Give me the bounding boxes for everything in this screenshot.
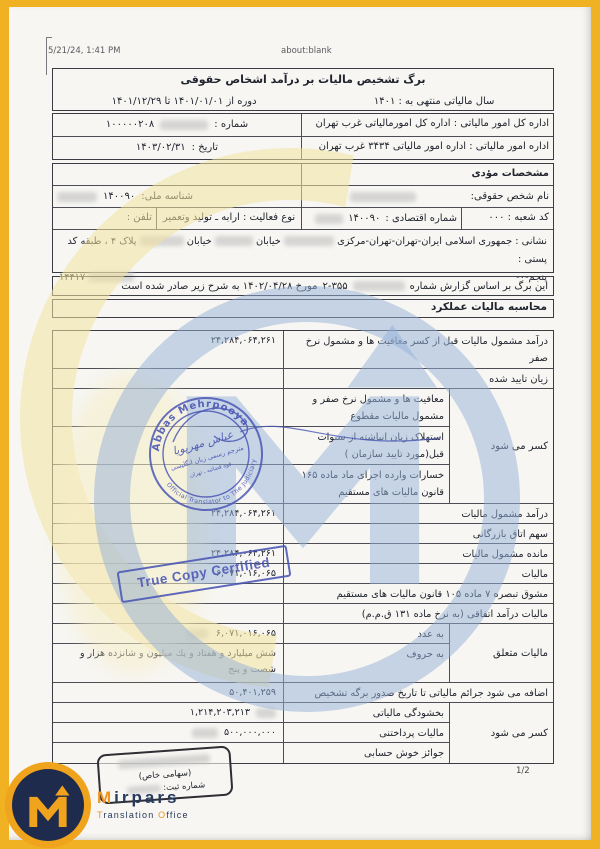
- redaction: [192, 728, 218, 738]
- basis-row: این برگ بر اساس گزارش شماره ۲-۳۵۵ مورخ ۱…: [52, 276, 554, 296]
- row-label: مالیات پرداختنی: [283, 723, 449, 742]
- redaction: [140, 236, 184, 246]
- redaction: [186, 629, 208, 639]
- group-title: کسر می شود: [449, 389, 553, 503]
- basis-report-number: ۲-۳۵۵: [323, 281, 348, 292]
- table-row: ۲۴,۲۸۴,۰۶۴,۲۶۱ درآمد مشمول مالیات: [53, 504, 553, 524]
- row-label: مالیات درآمد اتفاقی (به نرخ ماده ۱۳۱ ق.م…: [283, 604, 553, 623]
- row-value: ۲۴,۲۸۴,۰۶۴,۲۶۱: [53, 331, 283, 368]
- address-text: نشانی : جمهوری اسلامی ایران-تهران-تهران-…: [337, 236, 547, 247]
- mirpars-brand-text: Mirpars Translation Office: [97, 788, 189, 820]
- row-label: به حروف: [283, 644, 449, 682]
- table-row: ۵۰۰,۰۰۰,۰۰۰ مالیات پرداختنی: [53, 723, 449, 743]
- brand-rest: irpars: [114, 788, 179, 807]
- basis-suffix: مورخ ۱۴۰۲/۰۴/۲۸ به شرح زیر صادر شده است: [121, 281, 317, 292]
- row-label: مشوق تبصره ۷ ماده ۱۰۵ قانون مالیات های م…: [283, 584, 553, 603]
- office-local: اداره امور مالیاتی : اداره امور مالیاتی …: [301, 137, 553, 160]
- national-id-cell: شناسه ملی: ۱۴۰۰۹۰: [53, 186, 301, 207]
- row-value: [53, 604, 283, 623]
- page-number: 1/2: [516, 766, 530, 776]
- row-label: زیان تایید شده: [283, 369, 553, 388]
- tax-due-group: ۶,۰۷۱,۰۱۶,۰۶۵ به عدد شش میلیارد و هفتاد …: [53, 624, 553, 683]
- group-title: مالیات متعلق: [449, 624, 553, 682]
- row-value: ۵۰,۴۰۱,۲۵۹: [53, 683, 283, 702]
- serial-label: شماره :: [214, 117, 248, 133]
- row-value: ۵۰۰,۰۰۰,۰۰۰: [53, 723, 283, 742]
- taxpayer-box: مشخصات مؤدی شناسه ملی: ۱۴۰۰۹۰ نام شخص حق…: [52, 163, 554, 273]
- mirpars-m-icon: [25, 784, 71, 827]
- row-label: بخشودگی مالیاتی: [283, 703, 449, 722]
- table-row: سهم اتاق بازرگانی: [53, 524, 553, 544]
- document-title: برگ تشخیص مالیات بر درآمد اشخاص حقوقی: [53, 69, 553, 94]
- address-street: خیابان: [187, 236, 212, 247]
- table-row: ۲۴,۲۸۴,۰۶۴,۲۶۱ درآمد مشمول مالیات قبل از…: [53, 331, 553, 369]
- row-label: اضافه می شود جرائم مالیاتی تا تاریخ صدور…: [283, 683, 553, 702]
- redaction: [160, 120, 208, 130]
- redaction: [350, 192, 416, 202]
- national-id-value: ۱۴۰۰۹۰: [103, 189, 135, 205]
- row-label: مالیات: [283, 564, 553, 583]
- mirpars-logo-inner: [12, 769, 84, 841]
- tax-period: دوره از ۱۴۰۱/۰۱/۰۱ تا ۱۴۰۱/۱۲/۲۹: [112, 96, 257, 107]
- title-box: برگ تشخیص مالیات بر درآمد اشخاص حقوقی سا…: [52, 68, 554, 111]
- calc-section-header: محاسبه مالیات عملکرد: [52, 299, 554, 318]
- table-row: ۲۴,۲۸۴,۰۶۴,۲۶۱ مانده مشمول مالیات: [53, 544, 553, 564]
- activity-cell: نوع فعالیت : ارابه ـ تولید وتعمیر: [156, 208, 301, 229]
- economic-code-label: شماره اقتصادی :: [385, 211, 457, 227]
- row-value: ۱,۲۱۴,۲۰۳,۲۱۳: [53, 703, 283, 722]
- tag-word: ffice: [166, 810, 188, 820]
- table-row: مالیات درآمد اتفاقی (به نرخ ماده ۱۳۱ ق.م…: [53, 604, 553, 624]
- row-value: ۶,۰۷۱,۰۱۶,۰۶۵: [53, 624, 283, 643]
- row-label: جوائز خوش حسابی: [283, 743, 449, 763]
- economic-code-cell: شماره اقتصادی : ۱۴۰۰۹۰: [301, 208, 461, 229]
- scanned-tax-document-page: 5/21/24, 1:41 PM about:blank برگ تشخیص م…: [0, 0, 600, 849]
- redaction: [215, 236, 253, 246]
- table-row: زیان تایید شده: [53, 369, 553, 389]
- date-value: ۱۴۰۳/۰۲/۳۱: [136, 140, 186, 156]
- serial-cell: شماره : ۱۰۰۰۰۰۲۰۸: [53, 114, 301, 136]
- scan-artifact-mark: [46, 37, 47, 75]
- serial-number: ۱۰۰۰۰۰۲۰۸: [106, 117, 154, 133]
- address-plate: پلاک ۴ ، طبقه: [80, 236, 136, 247]
- economic-code-value: ۱۴۰۰۹۰: [348, 211, 380, 227]
- table-row: ۱,۲۱۴,۲۰۳,۲۱۳ بخشودگی مالیاتی: [53, 703, 449, 723]
- print-timestamp: 5/21/24, 1:41 PM: [48, 46, 120, 56]
- penalty-row: ۵۰,۴۰۱,۲۵۹ اضافه می شود جرائم مالیاتی تا…: [53, 683, 553, 703]
- table-row: ۶,۰۷۱,۰۱۶,۰۶۵ به عدد: [53, 624, 449, 644]
- row-label: درآمد مشمول مالیات: [283, 504, 553, 523]
- print-source: about:blank: [281, 46, 332, 56]
- empty-cell: [53, 164, 301, 185]
- row-label: به عدد: [283, 624, 449, 643]
- tax-year: سال مالیاتی منتهی به : ۱۴۰۱: [374, 96, 495, 107]
- date-label: تاریخ :: [192, 140, 218, 156]
- legal-name-cell: نام شخص حقوقی:: [301, 186, 553, 207]
- branch-code-cell: کد شعبه : ۰۰۰: [461, 208, 553, 229]
- redaction: [315, 214, 343, 224]
- row-label: مانده مشمول مالیات: [283, 544, 553, 563]
- table-row: شش میلیارد و هفتاد و یك میلیون و شانزده …: [53, 644, 449, 682]
- row-label: سهم اتاق بازرگانی: [283, 524, 553, 543]
- national-id-label: شناسه ملی:: [141, 189, 193, 205]
- row-value-words: شش میلیارد و هفتاد و یك میلیون و شانزده …: [53, 644, 283, 682]
- mirpars-logo: [5, 762, 91, 848]
- office-general: اداره کل امور مالیاتی : اداره کل امورمال…: [301, 114, 553, 136]
- signature: [158, 390, 448, 470]
- brand-initial: M: [97, 788, 114, 807]
- group-title: کسر می شود: [449, 703, 553, 763]
- date-cell: تاریخ : ۱۴۰۳/۰۲/۳۱: [53, 137, 301, 160]
- tag-word: ranslation: [103, 810, 154, 820]
- basis-prefix: این برگ بر اساس گزارش شماره: [410, 281, 548, 292]
- row-label: خسارات وارده اجرای ماد ماده ۱۶۵ قانون ما…: [283, 465, 449, 503]
- address-street: خیابان: [256, 236, 281, 247]
- redaction: [353, 281, 405, 291]
- redaction: [57, 192, 97, 202]
- redaction: [256, 708, 276, 718]
- taxpayer-section-title: مشخصات مؤدی: [301, 164, 553, 185]
- office-box: شماره : ۱۰۰۰۰۰۲۰۸ اداره کل امور مالیاتی …: [52, 113, 554, 160]
- row-label: درآمد مشمول مالیات قبل از کسر معافیت ها …: [283, 331, 553, 368]
- redaction: [284, 236, 334, 246]
- phone-cell: تلفن :: [53, 208, 156, 229]
- legal-name-label: نام شخص حقوقی:: [471, 189, 549, 205]
